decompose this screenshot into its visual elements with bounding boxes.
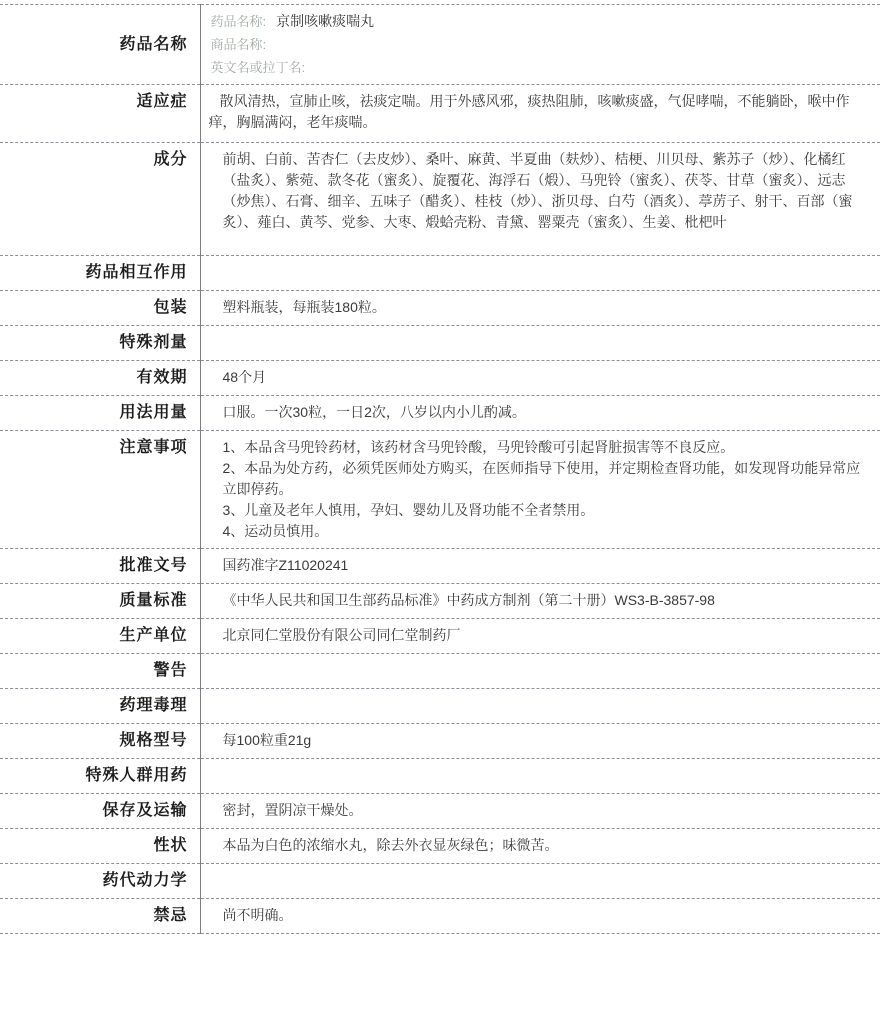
page: { "colors": { "page_background": "#fffff… bbox=[0, 0, 880, 1010]
row-label: 有效期 bbox=[0, 361, 200, 396]
table-row: 适应症 散风清热，宣肺止咳，祛痰定喘。用于外感风邪，痰热阻肺，咳嗽痰盛，气促哮喘… bbox=[0, 85, 880, 143]
row-label: 特殊剂量 bbox=[0, 326, 200, 361]
name-field-label: 英文名或拉丁名: bbox=[211, 60, 306, 75]
table-row: 禁忌 尚不明确。 bbox=[0, 899, 880, 934]
drug-info-table: 药品名称 药品名称:京制咳嗽痰喘丸商品名称:英文名或拉丁名: 适应症 散风清热，… bbox=[0, 4, 880, 934]
row-value: 密封，置阴凉干燥处。 bbox=[200, 794, 880, 829]
table-row: 成分 前胡、白前、苦杏仁（去皮炒）、桑叶、麻黄、半夏曲（麸炒）、桔梗、川贝母、紫… bbox=[0, 143, 880, 256]
row-value bbox=[200, 654, 880, 689]
table-row: 保存及运输 密封，置阴凉干燥处。 bbox=[0, 794, 880, 829]
row-value: 散风清热，宣肺止咳，祛痰定喘。用于外感风邪，痰热阻肺，咳嗽痰盛，气促哮喘，不能躺… bbox=[200, 85, 880, 143]
table-row: 特殊人群用药 bbox=[0, 759, 880, 794]
row-value: 国药准字Z11020241 bbox=[200, 549, 880, 584]
row-label: 警告 bbox=[0, 654, 200, 689]
precaution-line: 1、本品含马兜铃药材，该药材含马兜铃酸，马兜铃酸可引起肾脏损害等不良反应。 bbox=[223, 437, 867, 458]
row-label: 包装 bbox=[0, 291, 200, 326]
row-label: 质量标准 bbox=[0, 584, 200, 619]
name-field-value: 京制咳嗽痰喘丸 bbox=[276, 13, 374, 29]
table-row: 规格型号 每100粒重21g bbox=[0, 724, 880, 759]
row-label: 适应症 bbox=[0, 85, 200, 143]
table-row: 注意事项 1、本品含马兜铃药材，该药材含马兜铃酸，马兜铃酸可引起肾脏损害等不良反… bbox=[0, 431, 880, 549]
name-field-line: 药品名称:京制咳嗽痰喘丸 bbox=[211, 10, 867, 33]
row-label: 药品相互作用 bbox=[0, 256, 200, 291]
row-value bbox=[200, 864, 880, 899]
precaution-line: 2、本品为处方药，必须凭医师处方购买，在医师指导下使用，并定期检查肾功能，如发现… bbox=[223, 458, 867, 500]
row-value: 前胡、白前、苦杏仁（去皮炒）、桑叶、麻黄、半夏曲（麸炒）、桔梗、川贝母、紫苏子（… bbox=[200, 143, 880, 256]
row-label: 药品名称 bbox=[0, 5, 200, 85]
row-value: 1、本品含马兜铃药材，该药材含马兜铃酸，马兜铃酸可引起肾脏损害等不良反应。2、本… bbox=[200, 431, 880, 549]
table-row: 药理毒理 bbox=[0, 689, 880, 724]
precaution-line: 3、儿童及老年人慎用，孕妇、婴幼儿及肾功能不全者禁用。 bbox=[223, 500, 867, 521]
row-value bbox=[200, 326, 880, 361]
row-value: 本品为白色的浓缩水丸，除去外衣显灰绿色；味微苦。 bbox=[200, 829, 880, 864]
row-label: 生产单位 bbox=[0, 619, 200, 654]
table-row: 有效期 48个月 bbox=[0, 361, 880, 396]
row-label: 性状 bbox=[0, 829, 200, 864]
row-label: 保存及运输 bbox=[0, 794, 200, 829]
row-value: 口服。一次30粒，一日2次，八岁以内小儿酌减。 bbox=[200, 396, 880, 431]
row-value bbox=[200, 256, 880, 291]
row-label: 注意事项 bbox=[0, 431, 200, 549]
row-value bbox=[200, 759, 880, 794]
row-value: 北京同仁堂股份有限公司同仁堂制药厂 bbox=[200, 619, 880, 654]
row-label: 药理毒理 bbox=[0, 689, 200, 724]
row-value: 塑料瓶装，每瓶装180粒。 bbox=[200, 291, 880, 326]
row-value: 48个月 bbox=[200, 361, 880, 396]
name-field-line: 英文名或拉丁名: bbox=[211, 56, 867, 79]
row-value: 《中华人民共和国卫生部药品标准》中药成方制剂（第二十册）WS3-B-3857-9… bbox=[200, 584, 880, 619]
table-row: 警告 bbox=[0, 654, 880, 689]
table-row: 药品名称 药品名称:京制咳嗽痰喘丸商品名称:英文名或拉丁名: bbox=[0, 5, 880, 85]
precaution-line: 4、运动员慎用。 bbox=[223, 521, 867, 542]
row-value: 尚不明确。 bbox=[200, 899, 880, 934]
table-row: 药代动力学 bbox=[0, 864, 880, 899]
row-label: 规格型号 bbox=[0, 724, 200, 759]
row-label: 批准文号 bbox=[0, 549, 200, 584]
table-row: 用法用量 口服。一次30粒，一日2次，八岁以内小儿酌减。 bbox=[0, 396, 880, 431]
row-value: 药品名称:京制咳嗽痰喘丸商品名称:英文名或拉丁名: bbox=[200, 5, 880, 85]
name-field-label: 商品名称: bbox=[211, 37, 267, 52]
row-label: 成分 bbox=[0, 143, 200, 256]
table-row: 药品相互作用 bbox=[0, 256, 880, 291]
name-field-label: 药品名称: bbox=[211, 14, 267, 29]
drug-info-table-body: 药品名称 药品名称:京制咳嗽痰喘丸商品名称:英文名或拉丁名: 适应症 散风清热，… bbox=[0, 5, 880, 934]
table-row: 质量标准 《中华人民共和国卫生部药品标准》中药成方制剂（第二十册）WS3-B-3… bbox=[0, 584, 880, 619]
name-field-line: 商品名称: bbox=[211, 33, 867, 56]
row-value: 每100粒重21g bbox=[200, 724, 880, 759]
table-row: 特殊剂量 bbox=[0, 326, 880, 361]
table-row: 包装 塑料瓶装，每瓶装180粒。 bbox=[0, 291, 880, 326]
row-value bbox=[200, 689, 880, 724]
table-row: 批准文号 国药准字Z11020241 bbox=[0, 549, 880, 584]
row-label: 药代动力学 bbox=[0, 864, 200, 899]
row-label: 禁忌 bbox=[0, 899, 200, 934]
table-row: 性状 本品为白色的浓缩水丸，除去外衣显灰绿色；味微苦。 bbox=[0, 829, 880, 864]
table-row: 生产单位 北京同仁堂股份有限公司同仁堂制药厂 bbox=[0, 619, 880, 654]
row-label: 用法用量 bbox=[0, 396, 200, 431]
row-label: 特殊人群用药 bbox=[0, 759, 200, 794]
